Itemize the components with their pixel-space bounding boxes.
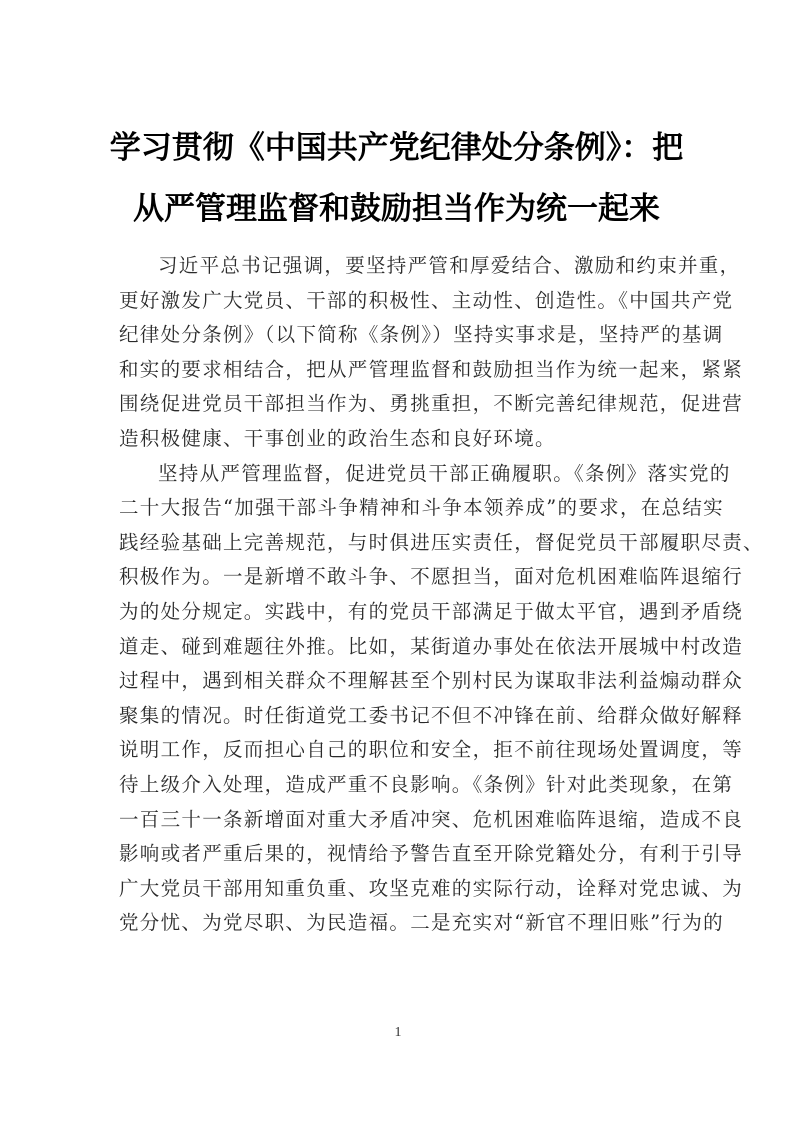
text-line: 广大党员干部用知重负重、攻坚克难的实际行动，诠释对党忠诚、为	[119, 872, 677, 907]
text-line: 聚集的情况。时任街道党工委书记不但不冲锋在前、给群众做好解释	[119, 699, 677, 734]
text-line: 坚持从严管理监督，促进党员干部正确履职。《条例》落实党的	[119, 457, 677, 492]
document-body: 习近平总书记强调，要坚持严管和厚爱结合、激励和约束并重， 更好激发广大党员、干部…	[119, 249, 677, 941]
text-line: 造积极健康、干事创业的政治生态和良好环境。	[119, 422, 677, 457]
title-line-2: 从严管理监督和鼓励担当作为统一起来	[100, 179, 693, 240]
text-line: 待上级介入处理，造成严重不良影响。《条例》针对此类现象，在第	[119, 768, 677, 803]
document-title: 学习贯彻《中国共产党纪律处分条例》：把 从严管理监督和鼓励担当作为统一起来	[100, 118, 693, 240]
text-line: 为的处分规定。实践中，有的党员干部满足于做太平官，遇到矛盾绕	[119, 595, 677, 630]
text-line: 积极作为。一是新增不敢斗争、不愿担当，面对危机困难临阵退缩行	[119, 560, 677, 595]
text-line: 和实的要求相结合，把从严管理监督和鼓励担当作为统一起来，紧紧	[119, 353, 677, 388]
text-line: 纪律处分条例》（以下简称《条例》）坚持实事求是，坚持严的基调	[119, 318, 677, 353]
title-line-1: 学习贯彻《中国共产党纪律处分条例》：把	[100, 118, 693, 179]
text-line: 党分忧、为党尽职、为民造福。二是充实对“新官不理旧账”行为的	[119, 906, 677, 941]
text-line: 围绕促进党员干部担当作为、勇挑重担，不断完善纪律规范，促进营	[119, 387, 677, 422]
paragraph-1: 习近平总书记强调，要坚持严管和厚爱结合、激励和约束并重， 更好激发广大党员、干部…	[119, 249, 677, 457]
text-line: 践经验基础上完善规范，与时俱进压实责任，督促党员干部履职尽责、	[119, 526, 677, 561]
text-line: 一百三十一条新增面对重大矛盾冲突、危机困难临阵退缩，造成不良	[119, 803, 677, 838]
document-page: 学习贯彻《中国共产党纪律处分条例》：把 从严管理监督和鼓励担当作为统一起来 习近…	[0, 0, 793, 1122]
text-line: 更好激发广大党员、干部的积极性、主动性、创造性。《中国共产党	[119, 284, 677, 319]
text-line: 道走、碰到难题往外推。比如，某街道办事处在依法开展城中村改造	[119, 630, 677, 665]
text-line: 习近平总书记强调，要坚持严管和厚爱结合、激励和约束并重，	[119, 249, 677, 284]
text-line: 说明工作，反而担心自己的职位和安全，拒不前往现场处置调度，等	[119, 733, 677, 768]
paragraph-2: 坚持从严管理监督，促进党员干部正确履职。《条例》落实党的 二十大报告“加强干部斗…	[119, 457, 677, 941]
page-number: 1	[386, 1025, 410, 1041]
text-line: 二十大报告“加强干部斗争精神和斗争本领养成”的要求，在总结实	[119, 491, 677, 526]
text-line: 过程中，遇到相关群众不理解甚至个别村民为谋取非法利益煽动群众	[119, 664, 677, 699]
text-line: 影响或者严重后果的，视情给予警告直至开除党籍处分，有利于引导	[119, 837, 677, 872]
